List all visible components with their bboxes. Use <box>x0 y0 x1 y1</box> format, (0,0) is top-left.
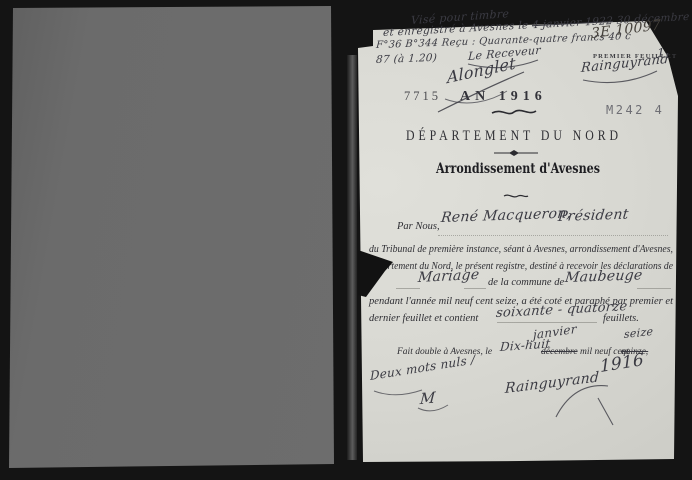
acte-type: Mariage <box>417 267 480 286</box>
register-stamp-number: 7715 <box>404 89 441 104</box>
an-1916-title: AN 1916 <box>460 89 547 105</box>
fill-rule <box>464 288 486 289</box>
departement-title-text: DÉPARTEMENT DU NORD <box>406 128 622 145</box>
commune-label: de la commune de <box>488 277 564 288</box>
body-line6-suffix: feuillets. <box>603 313 639 324</box>
departement-title: DÉPARTEMENT DU NORD <box>406 128 622 145</box>
annotation-recette-detail: 87 (à 1.20) <box>376 52 438 66</box>
body-line6-prefix: dernier feuillet et contient <box>369 313 478 324</box>
arrondissement-title: Arrondissement d'Avesnes <box>436 161 600 177</box>
par-nous: Par Nous, <box>397 221 440 232</box>
body-line2-text: du Tribunal de première instance, séant … <box>369 244 673 255</box>
scanned-register-page: Visé pour timbre et enregistré à Avesnes… <box>0 0 692 480</box>
body-line2: du Tribunal de première instance, séant … <box>369 244 673 255</box>
fill-rule <box>497 322 597 323</box>
page-stack-edge <box>347 55 357 460</box>
fill-rule <box>396 288 420 289</box>
commune-name: Maubeuge <box>564 267 643 286</box>
president-title: Président <box>557 206 629 225</box>
fait-double: Fait double à Avesnes, le <box>397 347 492 357</box>
fill-rule <box>637 288 671 289</box>
classification-stamp: M242 4 <box>606 103 664 117</box>
month-struck: décembre <box>541 347 578 357</box>
paraph-initial: M <box>419 388 436 408</box>
arrondissement-title-text: Arrondissement d'Avesnes <box>436 161 600 177</box>
fill-rule <box>438 235 668 236</box>
